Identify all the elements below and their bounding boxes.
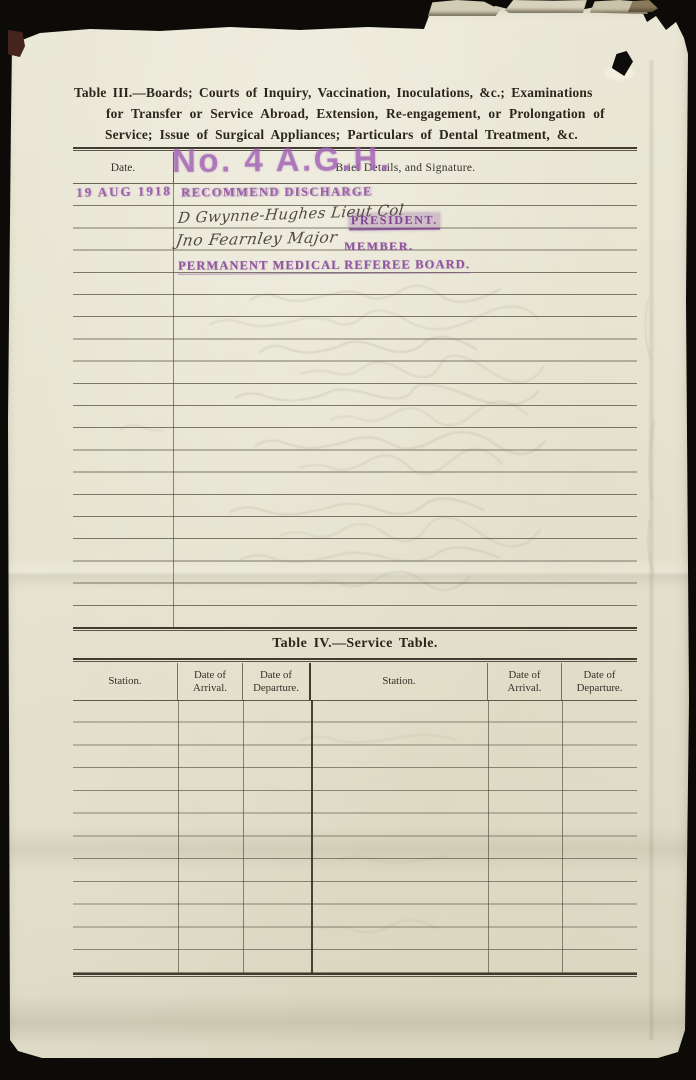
president-stamp: PRESIDENT. xyxy=(349,213,440,231)
column-header-station: Station. xyxy=(311,663,488,700)
date-stamp: 19 AUG 1918 xyxy=(76,183,172,201)
torn-paper-fragment xyxy=(428,0,500,16)
column-header-arrival: Date of Arrival. xyxy=(178,663,243,700)
column-divider xyxy=(488,700,489,973)
column-header-station: Station. xyxy=(73,663,178,700)
scan-background: { "document": { "table3": { "title_lines… xyxy=(0,0,696,1080)
column-divider xyxy=(178,700,179,973)
column-header-departure: Date of Departure. xyxy=(562,663,637,700)
paper-fold-line xyxy=(648,60,655,1040)
column-divider xyxy=(243,700,244,973)
table-iv-header-row: Station. Date of Arrival. Date of Depart… xyxy=(73,663,637,701)
table-rule xyxy=(73,627,637,632)
column-divider-thick xyxy=(311,700,313,973)
table-iii-title: Table III.—Boards; Courts of Inquiry, Va… xyxy=(72,82,638,145)
table-iv: Station. Date of Arrival. Date of Depart… xyxy=(73,658,637,978)
column-header-departure: Date of Departure. xyxy=(243,663,311,700)
document-page: Table III.—Boards; Courts of Inquiry, Va… xyxy=(0,0,696,1080)
torn-paper-fragment xyxy=(628,0,658,12)
paper-crease xyxy=(8,994,688,1046)
table-iii-title-line: Table III.—Boards; Courts of Inquiry, Va… xyxy=(72,82,638,103)
recommend-discharge-stamp: RECOMMEND DISCHARGE xyxy=(181,184,373,200)
member-signature: Jno Fearnley Major xyxy=(175,228,339,249)
column-header-date: Date. xyxy=(73,152,174,183)
table-iv-ruled-rows xyxy=(73,700,637,973)
hospital-stamp: No. 4 A.G.H. xyxy=(172,140,392,180)
torn-paper-fragment xyxy=(505,0,587,13)
referee-board-stamp: PERMANENT MEDICAL REFEREE BOARD. xyxy=(178,257,470,275)
table-iii-title-line: for Transfer or Service Abroad, Extensio… xyxy=(72,103,638,124)
member-stamp: MEMBER. xyxy=(344,239,414,254)
table-iv-title: Table IV.—Service Table. xyxy=(73,636,637,652)
date-column-divider xyxy=(173,184,174,627)
column-divider xyxy=(562,700,563,973)
table-rule xyxy=(73,973,637,978)
column-header-arrival: Date of Arrival. xyxy=(488,663,562,700)
